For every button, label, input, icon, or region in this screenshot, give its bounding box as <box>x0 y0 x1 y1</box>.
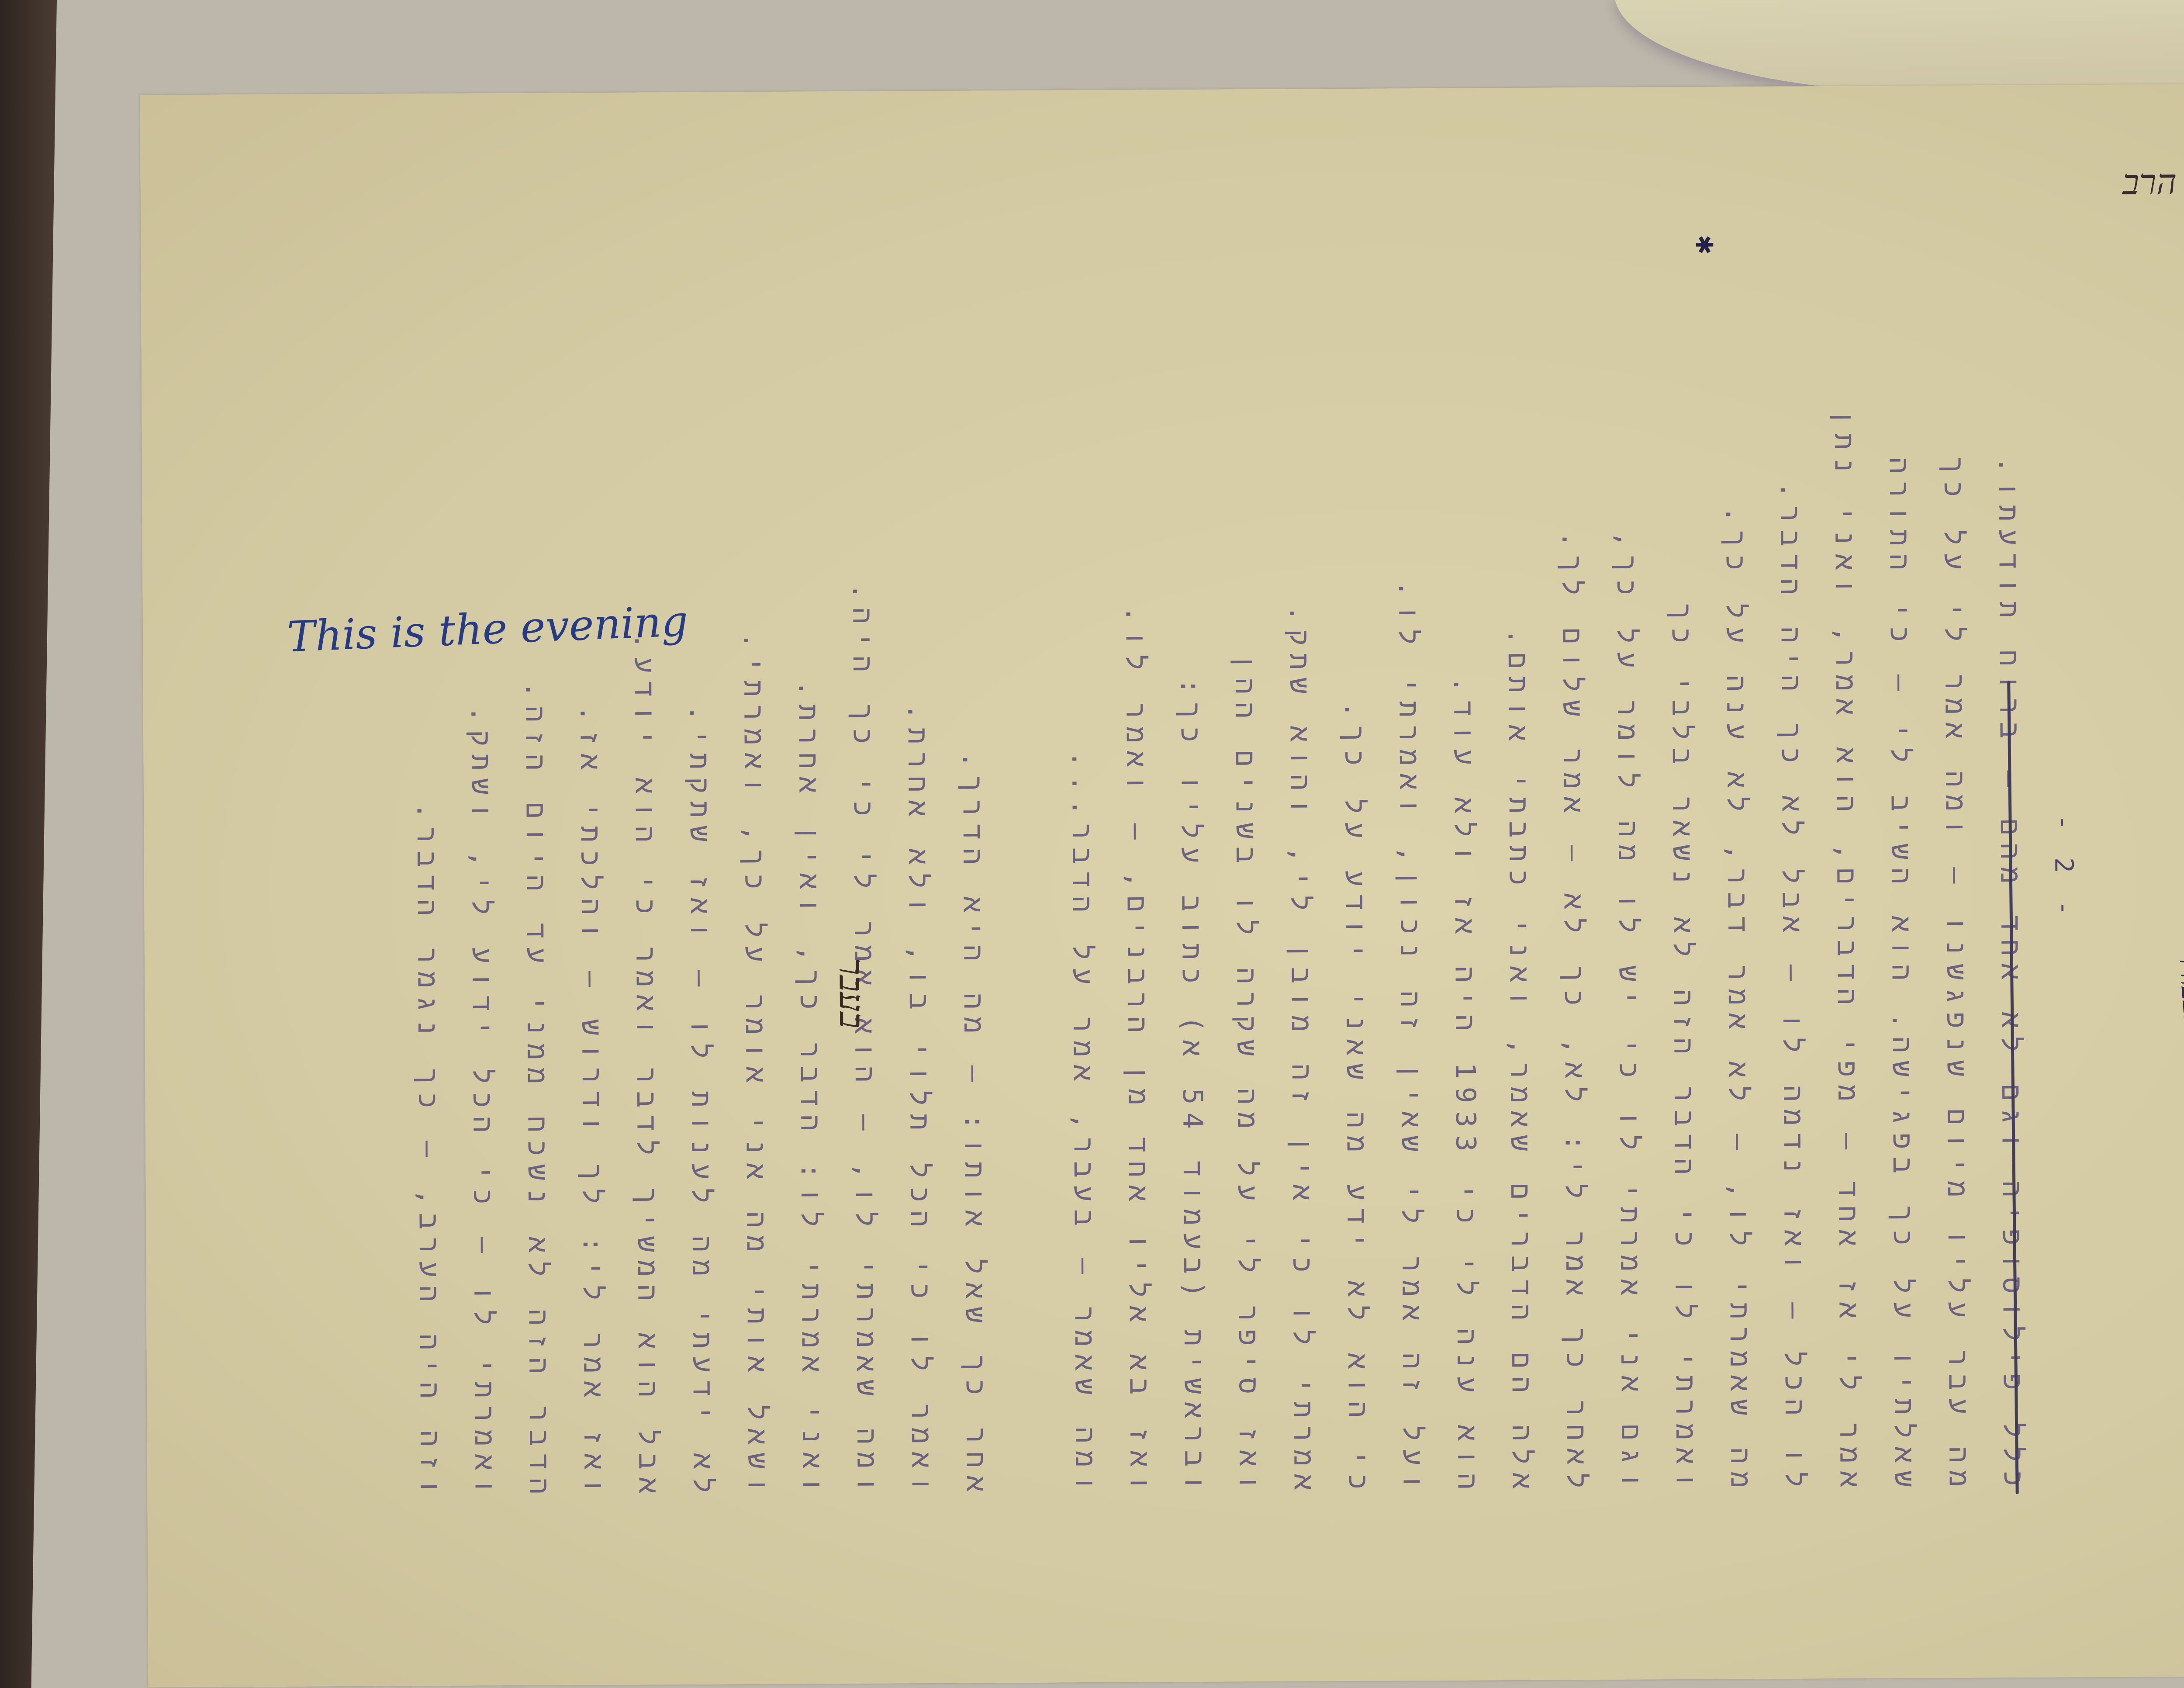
dark-background-strip <box>0 0 57 1688</box>
paragraph-gap <box>997 248 1058 1500</box>
typed-line: אבל הוא המשיך לדבר ואמר כי הוא יודע. <box>615 249 676 1501</box>
typed-line: כלל פילוסופיה וגם לא אחד מהם — ברוח תודע… <box>1980 242 2041 1494</box>
typed-line: ושאל אותי מה אני אומר על כך, ואמרתי. <box>724 249 785 1501</box>
typed-line: ועל זה אמר לי שאין זה נכון, ואמרתי לו. <box>1379 246 1440 1498</box>
typed-line: אלה הם הדברים שאמר, ואני כתבתי אותם. <box>1488 245 1549 1497</box>
typed-line: ומה שאמר — בעבר, אמר על הדבר... <box>1051 247 1113 1499</box>
typed-line: ואז אמר לי: לך ודרוש — והלכתי אז. <box>560 250 621 1502</box>
handwritten-title-insert: בעבורו <box>2172 956 2184 1031</box>
typed-line: ואמר לו כי הכל תלוי בו, ולא אחרת. <box>888 248 949 1500</box>
margin-handwritten-note: שיחה עם הרב <box>2122 161 2184 203</box>
typed-line: שאלתיו על כך בפגישה. הוא השיב לי — כי הת… <box>1870 243 1932 1495</box>
margin-star-icon: ✱ <box>1688 235 1724 254</box>
document-page: - 2 - בעבורו כלל פילוסופיה וגם לא אחד מה… <box>140 84 2184 1688</box>
typed-line: הוא ענה לי כי 1933 היה אז ולא עוד. <box>1434 245 1495 1497</box>
typed-line: מה עבר עליו מיום שנפגשנו — ומה אמר לי על… <box>1925 242 1986 1494</box>
typed-line: ומה שאמרתי לו, — הוא אמר לי כי כך היה. <box>833 248 894 1500</box>
typed-line: וזה היה הערב, — כך נגמר הדבר. <box>396 251 457 1503</box>
page-number: - 2 - <box>2034 242 2093 1494</box>
typed-line: הדבר הזה לא נשכח ממני עד היום הזה. <box>505 250 567 1502</box>
typed-line: אמרתי לו כי אין זה מובן לי, והוא שתק. <box>1270 246 1331 1498</box>
typed-line: כי הוא לא ידע מה שאני יודע על כך. <box>1324 246 1386 1498</box>
typed-line: ואמרתי לו — כי הכל ידוע לי, ושתק. <box>451 250 512 1502</box>
handwritten-hebrew-insert: בעבר <box>831 958 872 1028</box>
typed-line: מה שאמרתי לו, — לא אמר דבר, לא ענה על כך… <box>1707 244 1768 1496</box>
typed-line: לו הכל — ואז נדמה לו — אבל לא כך היה הדב… <box>1761 243 1822 1495</box>
typed-line: ואז סיפר לי על מה שקרה לו בשנים ההן <box>1215 246 1276 1498</box>
document-body: - 2 - בעבורו כלל פילוסופיה וגם לא אחד מה… <box>140 84 2184 1688</box>
typed-lines: כלל פילוסופיה וגם לא אחד מהם — ברוח תודע… <box>396 242 2041 1503</box>
typed-line: ואמרתי לו כי הדבר הזה לא נשאר בלבי כך <box>1652 244 1713 1496</box>
typed-line: לא ידעתי מה לענות לו — ואז שתקתי. <box>669 249 730 1501</box>
typed-line: לאחר כך אמר לי: לא, כך לא — אמר שלום לך. <box>1543 245 1604 1497</box>
typed-line: ובראשית (בעמוד 54 א) כתוב עליו כך: <box>1161 247 1222 1499</box>
typed-line: וגם אני אמרתי לו כי יש לו מה לומר על כך, <box>1597 244 1659 1496</box>
typed-line: אמר לי אז אחד — מפי הדברים, הוא אמר, ואנ… <box>1816 243 1877 1495</box>
typed-line: ואז בא אליו אחד מן הרבנים, — ואמר לו. <box>1106 247 1167 1499</box>
typed-line: אחר כך שאל אותו: — מה היא הדרך. <box>942 248 1003 1500</box>
typed-line: ואני אמרתי לו: הדבר כך, ואין אחרת. <box>778 249 840 1501</box>
rotated-document: - 2 - בעבורו כלל פילוסופיה וגם לא אחד מה… <box>140 84 2184 1688</box>
